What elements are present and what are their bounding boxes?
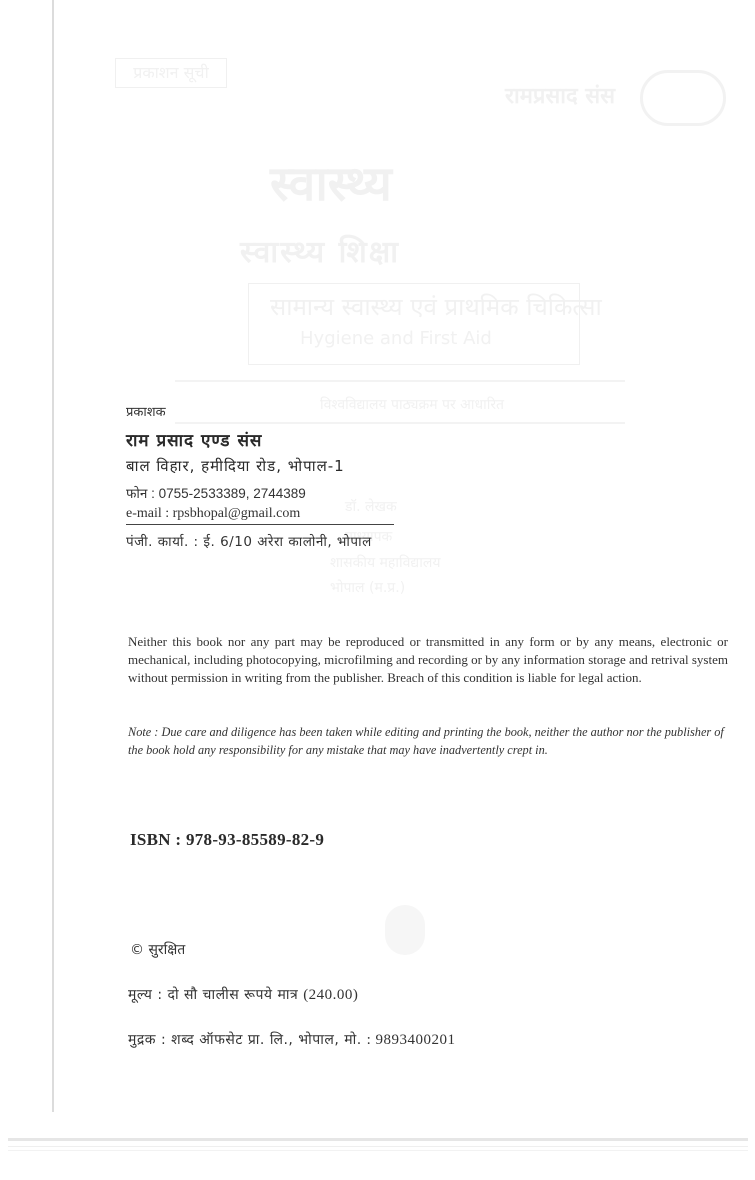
publisher-email: e-mail : rpsbhopal@gmail.com [126,506,300,522]
bleed-line: डॉ. लेखक [345,497,397,516]
bleed-frame-line: सामान्य स्वास्थ्य एवं प्राथमिक चिकित्सा [270,290,602,323]
disclaimer-note: Note : Due care and diligence has been t… [128,723,728,759]
printer-label: मुद्रक : शब्द ऑफसेट प्रा. लि., भोपाल, मो… [128,1032,362,1048]
price-amount: (240.00) [303,987,358,1003]
isbn: ISBN : 978-93-85589-82-9 [130,830,324,850]
bleed-rule [175,422,625,424]
page-edge-left [52,0,54,1112]
price: मूल्य : दो सौ चालीस रूपये मात्र (240.00) [128,985,358,1004]
bleed-seal-icon [385,905,425,955]
bleed-subtitle: स्वास्थ्य शिक्षा [240,230,400,271]
bleed-logo-icon [640,70,726,126]
rights-reserved: © सुरक्षित [130,940,185,959]
printer-phone: : 9893400201 [367,1032,456,1048]
printer: मुद्रक : शब्द ऑफसेट प्रा. लि., भोपाल, मो… [128,1030,456,1049]
bleed-rule [175,380,625,382]
publisher-name: राम प्रसाद एण्ड संस [126,428,262,451]
copyright-notice: Neither this book nor any part may be re… [128,633,728,687]
bleed-logo-text: रामप्रसाद संस [505,80,615,110]
bleed-frame-line: Hygiene and First Aid [300,328,492,349]
registered-office: पंजी. कार्या. : ई. 6/10 अरेरा कालोनी, भो… [126,532,372,550]
page-edge-bottom [8,1150,748,1151]
publisher-label: प्रकाशक [126,402,166,420]
bleed-line: विश्वविद्यालय पाठ्यक्रम पर आधारित [320,395,504,414]
bleed-line: भोपाल (म.प्र.) [330,578,405,597]
divider [126,524,394,525]
bleed-series-tag: प्रकाशन सूची [115,58,227,88]
publisher-address: बाल विहार, हमीदिया रोड, भोपाल-1 [126,456,345,476]
page-edge-bottom [8,1146,748,1147]
price-label: मूल्य : दो सौ चालीस रूपये मात्र [128,987,298,1003]
bleed-line: शासकीय महाविद्यालय [330,553,440,572]
bleed-title: स्वास्थ्य [270,150,392,215]
publisher-phone: फोन : 0755-2533389, 2744389 [126,484,306,502]
page-edge-bottom [8,1138,748,1141]
